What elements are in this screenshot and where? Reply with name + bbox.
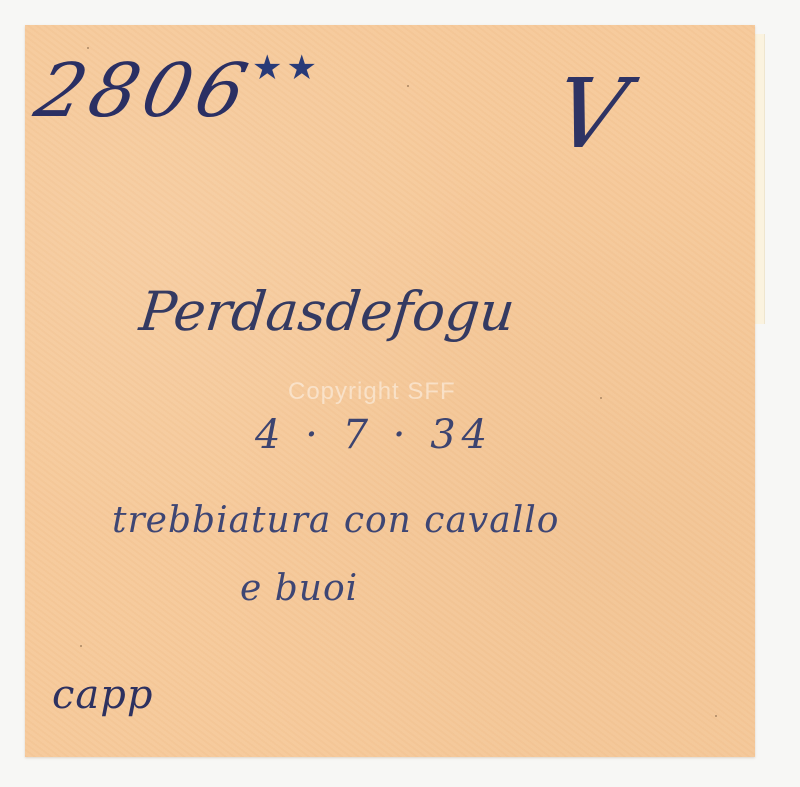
author-initials: capp xyxy=(52,672,153,718)
description-line-2: e buoi xyxy=(240,568,358,609)
paper-speck xyxy=(715,715,717,717)
copyright-watermark: Copyright SFF xyxy=(288,378,456,406)
date: 4 · 7 · 34 xyxy=(255,412,493,458)
paper-speck xyxy=(600,397,602,399)
place-name: Perdasdefogu xyxy=(137,280,518,343)
photo-stage: 2806 ★★ V Perdasdefogu Copyright SFF 4 ·… xyxy=(0,0,800,787)
paper-speck xyxy=(407,85,409,87)
paper-speck xyxy=(80,645,82,647)
description-line-1: trebbiatura con cavallo xyxy=(112,500,559,541)
catalog-number: 2806 xyxy=(27,48,261,134)
star-marks-icon: ★★ xyxy=(252,48,321,88)
